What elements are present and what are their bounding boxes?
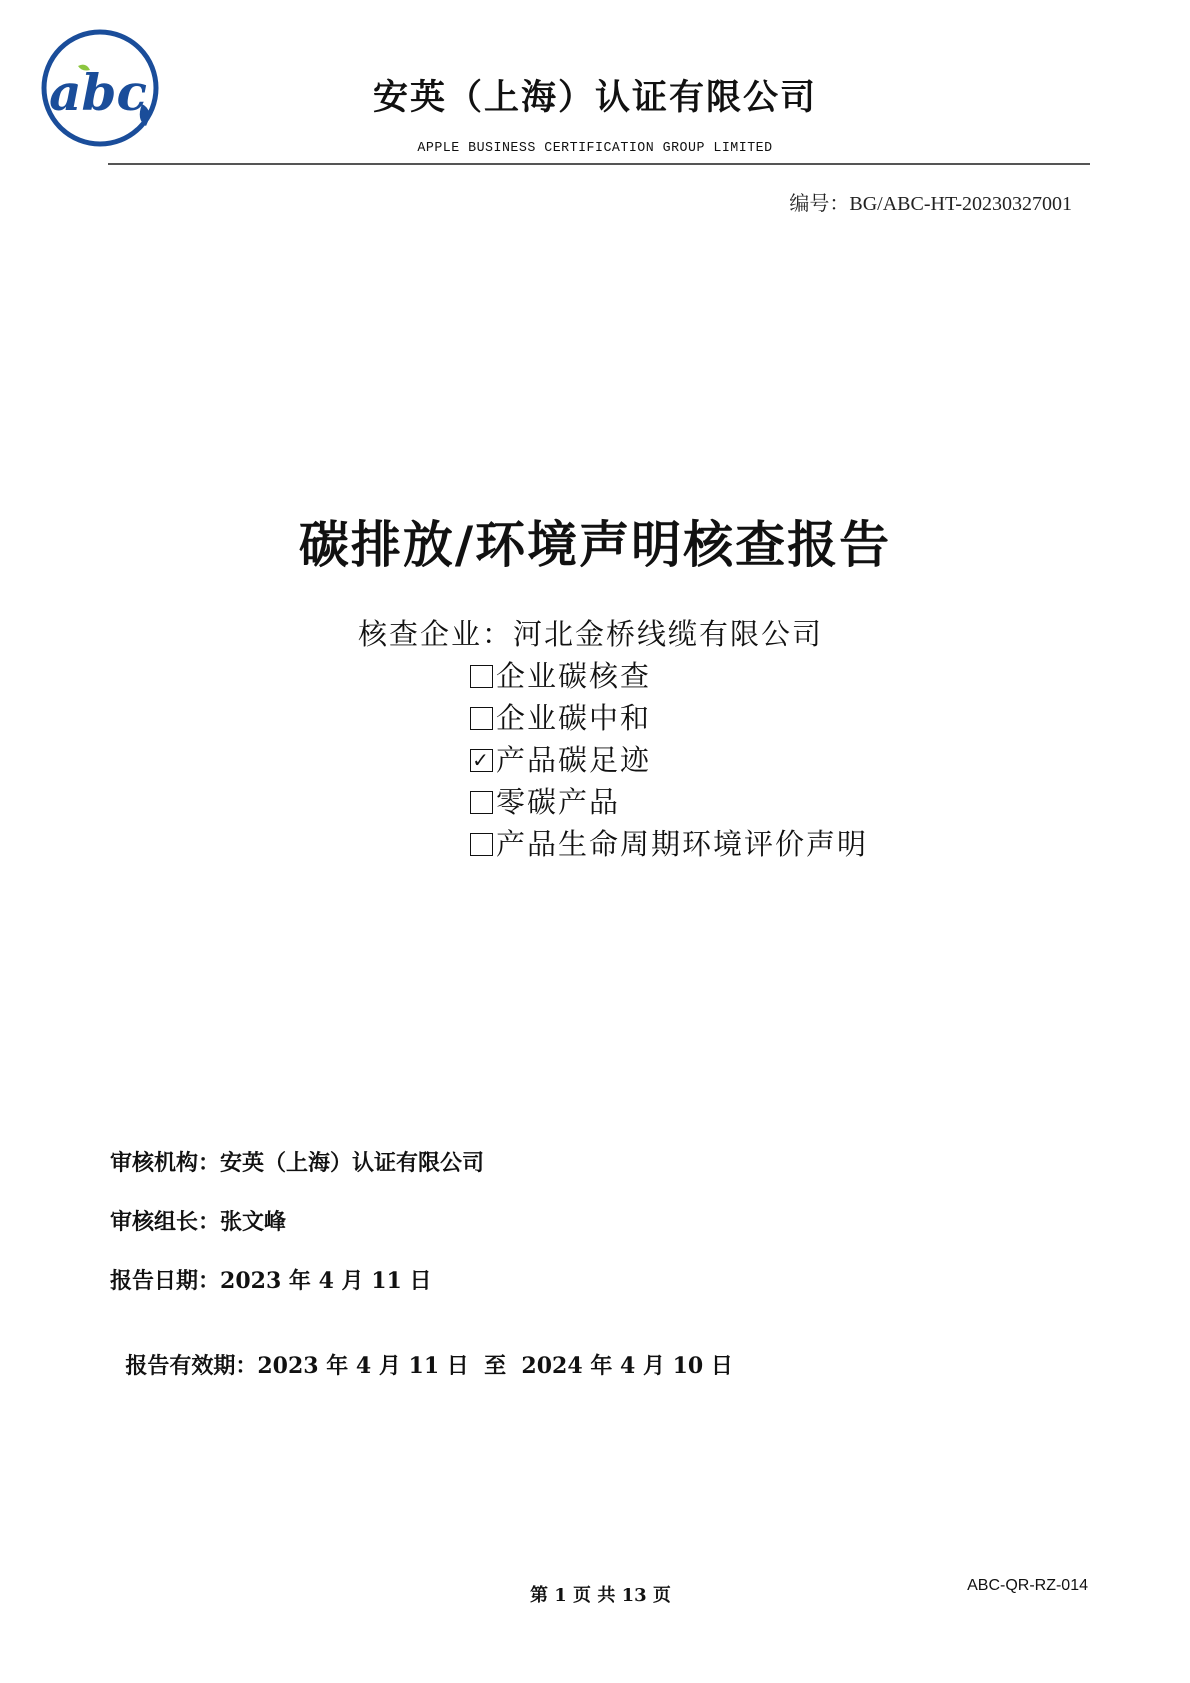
info-label: 审核机构： [110,1150,220,1176]
info-validity-period: 报告有效期：2023 年 4 月 11 日 至 2024 年 4 月 10 日 [110,1323,733,1380]
svg-text:abc: abc [49,63,147,122]
info-value: 2023 年 4 月 11 日 [220,1268,431,1294]
page-number: 第 1 页 共 13 页 [530,1581,671,1607]
checklist-item-enterprise-carbon-neutral[interactable]: 企业碳中和 [470,697,868,739]
enterprise-label: 核查企业： [358,617,513,651]
company-name-en: APPLE BUSINESS CERTIFICATION GROUP LIMIT… [315,140,876,156]
checklist-label: 产品生命周期环境评价声明 [496,823,868,865]
checkbox-unchecked-icon[interactable] [470,791,493,814]
checklist-item-product-lifecycle-declaration[interactable]: 产品生命周期环境评价声明 [470,823,868,865]
header-divider [108,163,1090,165]
info-value: 安英（上海）认证有限公司 [220,1150,484,1176]
info-audit-leader: 审核组长：张文峰 [110,1205,286,1236]
document-title: 碳排放/环境声明核查报告 [0,505,1190,577]
checklist-item-zero-carbon-product[interactable]: 零碳产品 [470,781,868,823]
checklist-item-product-carbon-footprint[interactable]: ✓ 产品碳足迹 [470,739,868,781]
info-value: 2023 年 4 月 11 日 至 2024 年 4 月 10 日 [257,1353,733,1379]
verified-enterprise: 核查企业：河北金桥线缆有限公司 [358,612,823,653]
checklist-item-enterprise-carbon-verification[interactable]: 企业碳核查 [470,655,868,697]
checkbox-checked-icon[interactable]: ✓ [470,749,493,772]
info-report-date: 报告日期：2023 年 4 月 11 日 [110,1264,431,1295]
document-number: 编号：BG/ABC-HT-20230327001 [789,187,1072,216]
form-code: ABC-QR-RZ-014 [967,1577,1088,1595]
checkbox-unchecked-icon[interactable] [470,665,493,688]
company-logo: abc [38,26,162,150]
info-label: 审核组长： [110,1209,220,1235]
info-audit-agency: 审核机构：安英（上海）认证有限公司 [110,1146,484,1177]
info-label: 报告日期： [110,1268,220,1294]
info-value: 张文峰 [220,1209,286,1235]
checkbox-unchecked-icon[interactable] [470,707,493,730]
checklist-label: 零碳产品 [496,781,620,823]
abc-logo-icon: abc [38,26,162,150]
checklist-label: 企业碳核查 [496,655,651,697]
enterprise-name: 河北金桥线缆有限公司 [513,617,823,651]
checklist-label: 产品碳足迹 [496,739,651,781]
checklist-label: 企业碳中和 [496,697,651,739]
company-name-cn: 安英（上海）认证有限公司 [300,70,890,120]
report-type-checklist: 企业碳核查 企业碳中和 ✓ 产品碳足迹 零碳产品 产品生命周期环境评价声明 [470,655,868,865]
info-label: 报告有效期： [125,1353,257,1379]
checkbox-unchecked-icon[interactable] [470,833,493,856]
